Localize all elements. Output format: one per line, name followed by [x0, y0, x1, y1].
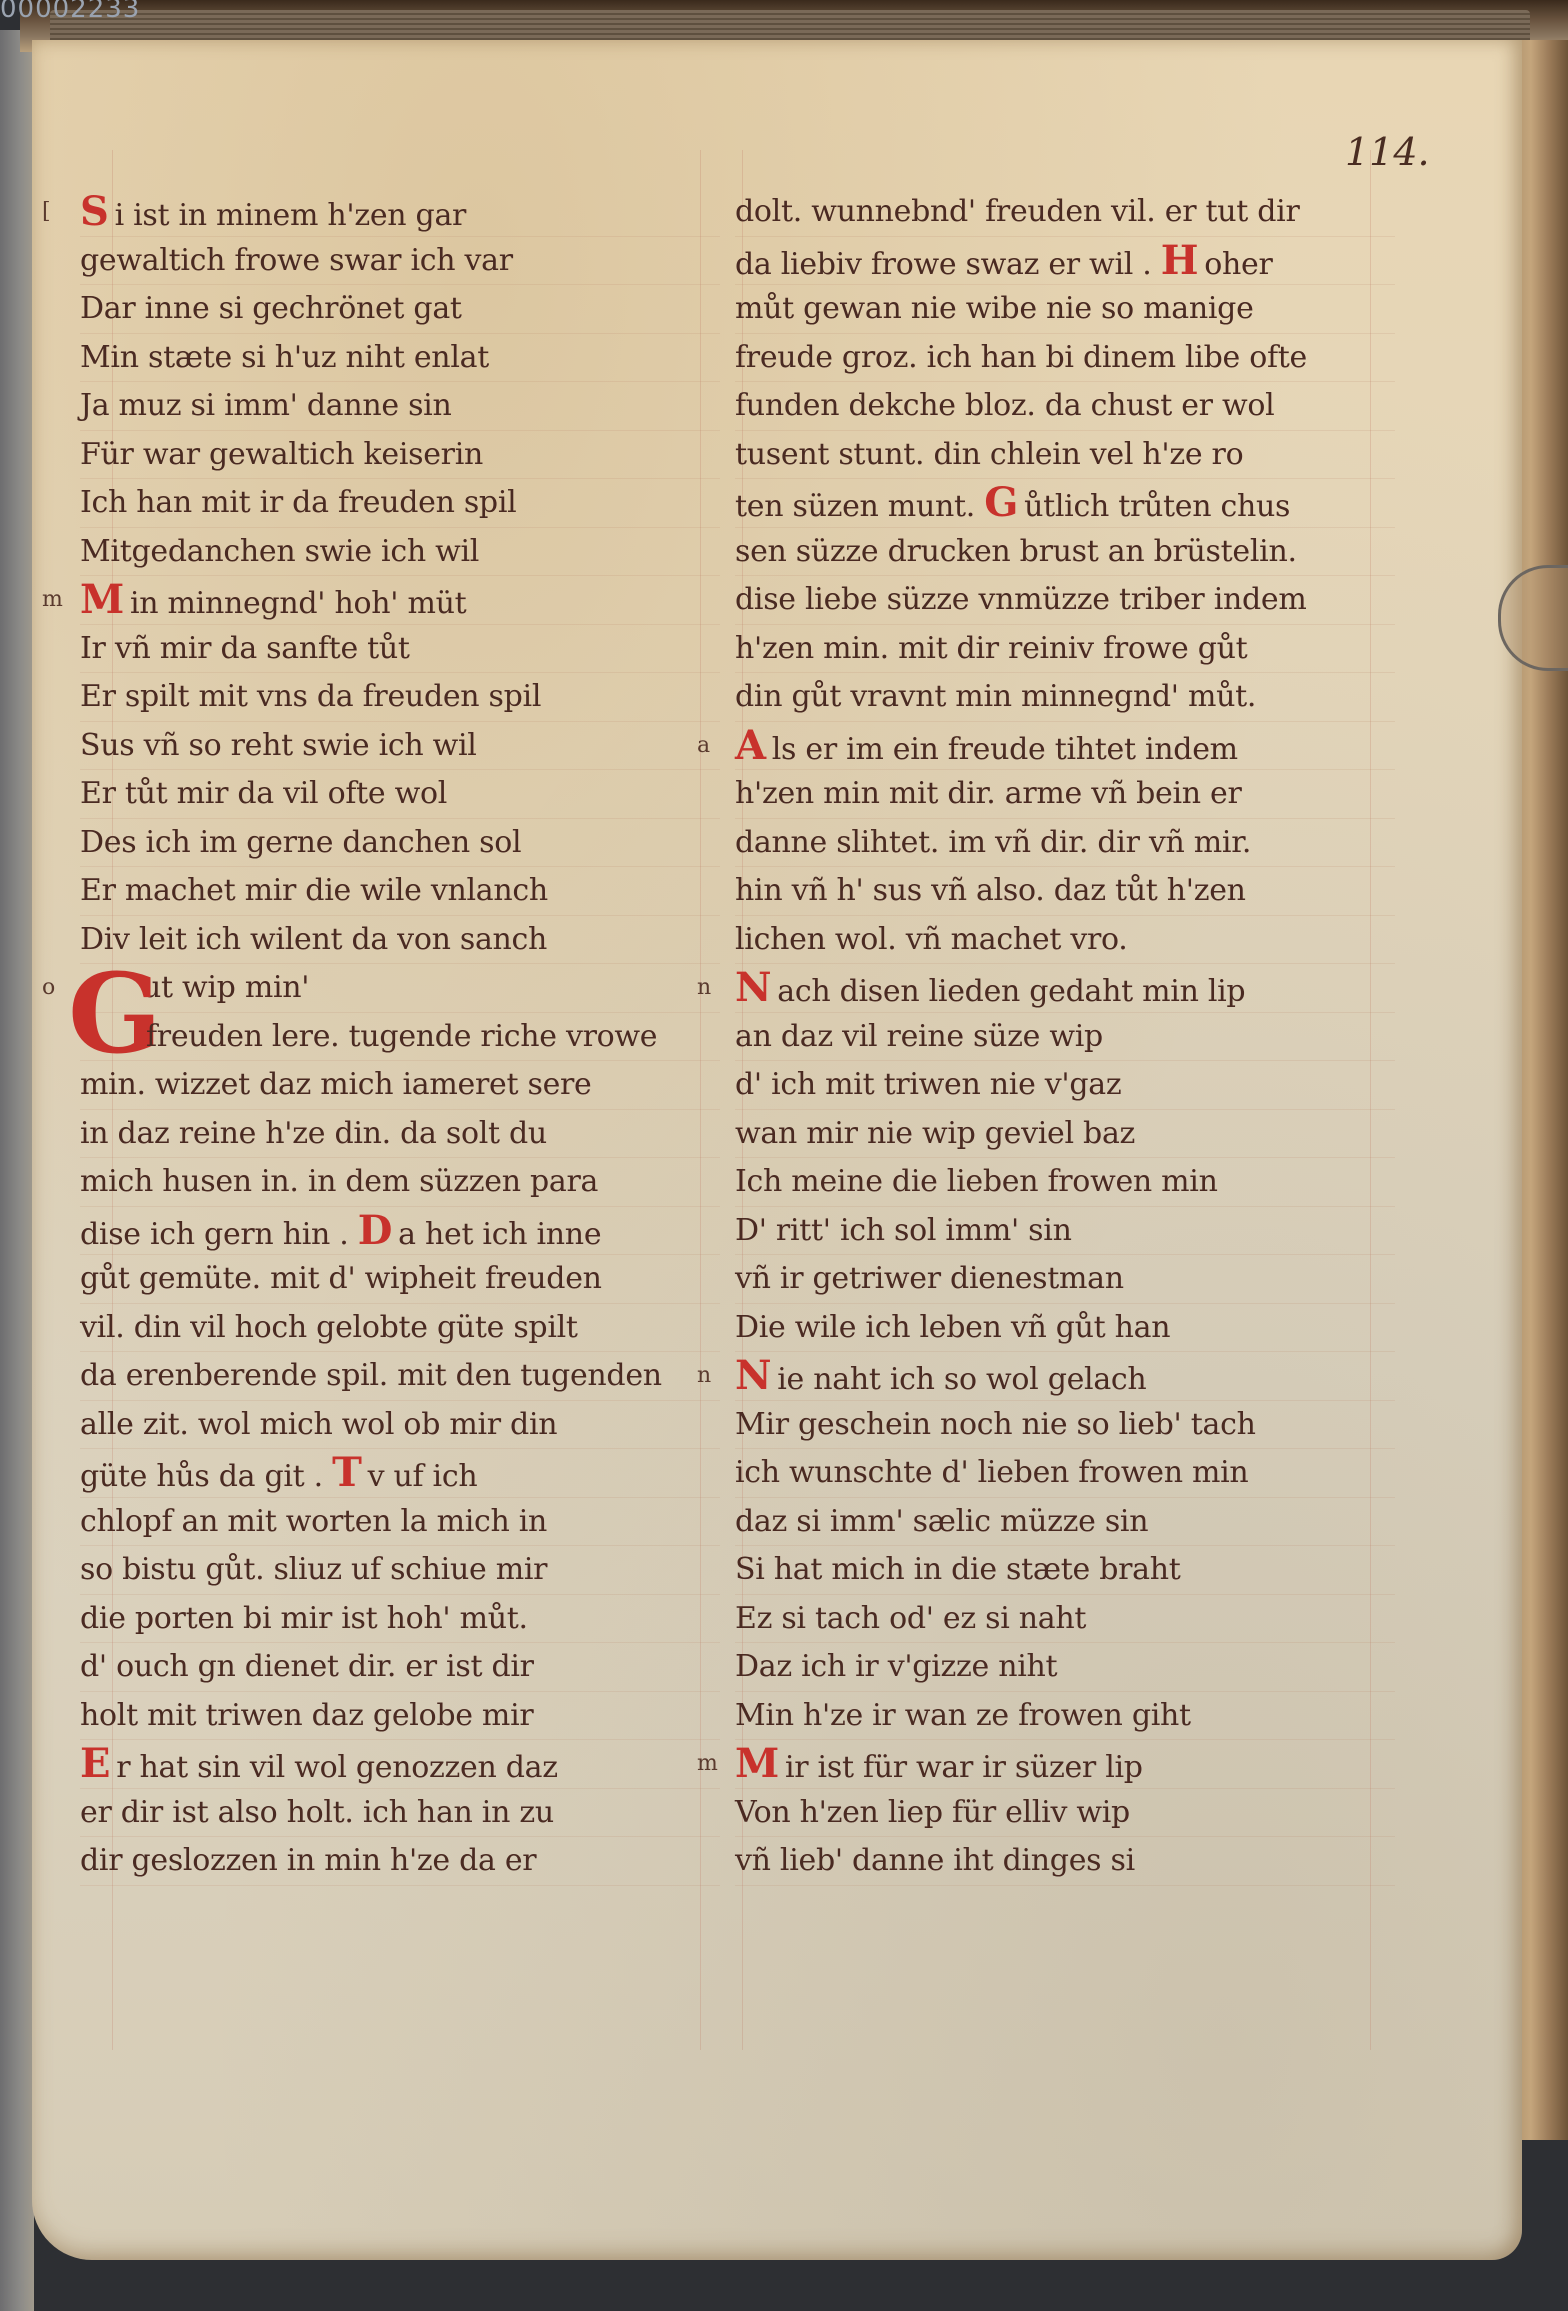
line-text: an daz vil reine süze wip	[735, 1019, 1103, 1054]
manuscript-line: oGut wip min'	[80, 964, 720, 1013]
rubricated-initial: E	[80, 1740, 110, 1788]
line-text: sen süzze drucken brust an brüstelin.	[735, 534, 1297, 569]
manuscript-line: wan mir nie wip geviel baz	[735, 1110, 1395, 1159]
line-text: danne slihtet. im vñ dir. dir vñ mir.	[735, 825, 1251, 860]
rubricated-initial: D	[358, 1207, 392, 1255]
line-text: ten süzen munt.	[735, 489, 984, 524]
line-text: d' ouch gn dienet dir. er ist dir	[80, 1649, 534, 1684]
manuscript-line: holt mit triwen daz gelobe mir	[80, 1692, 720, 1741]
line-text: ut wip min'	[142, 970, 309, 1005]
line-text: er dir ist also holt. ich han in zu	[80, 1795, 554, 1830]
folio-number: 114.	[1345, 130, 1430, 174]
line-text: dise liebe süzze vnmüzze triber indem	[735, 582, 1307, 617]
manuscript-line: Mitgedanchen swie ich wil	[80, 528, 720, 577]
line-text: můt gewan nie wibe nie so manige	[735, 291, 1254, 326]
manuscript-line: nNie naht ich so wol gelach	[735, 1352, 1395, 1401]
manuscript-line: min. wizzet daz mich iameret sere	[80, 1061, 720, 1110]
manuscript-line: vñ ir getriwer dienestman	[735, 1255, 1395, 1304]
manuscript-line: nNach disen lieden gedaht min lip	[735, 964, 1395, 1013]
margin-guide-letter: m	[42, 576, 63, 624]
line-text: Min stæte si h'uz niht enlat	[80, 340, 489, 375]
manuscript-line: güte hůs da git . Tv uf ich	[80, 1449, 720, 1498]
line-text: v uf ich	[368, 1459, 478, 1494]
line-text: ir ist für war ir süzer lip	[785, 1750, 1143, 1785]
margin-guide-letter: n	[697, 1352, 711, 1400]
line-text: freuden lere. tugende riche vrowe	[146, 1019, 657, 1054]
manuscript-line: die porten bi mir ist hoh' můt.	[80, 1595, 720, 1644]
line-text: vñ ir getriwer dienestman	[735, 1261, 1124, 1296]
margin-guide-letter: n	[697, 964, 711, 1012]
manuscript-line: d' ouch gn dienet dir. er ist dir	[80, 1643, 720, 1692]
line-text: Mitgedanchen swie ich wil	[80, 534, 479, 569]
line-text: Min h'ze ir wan ze frowen giht	[735, 1698, 1191, 1733]
manuscript-line: h'zen min mit dir. arme vñ bein er	[735, 770, 1395, 819]
manuscript-line: d' ich mit triwen nie v'gaz	[735, 1061, 1395, 1110]
line-text: mich husen in. in dem süzzen para	[80, 1164, 598, 1199]
manuscript-line: dolt. wunnebnd' freuden vil. er tut dir	[735, 188, 1395, 237]
manuscript-line: daz si imm' sælic müzze sin	[735, 1498, 1395, 1547]
manuscript-line: din gůt vravnt min minnegnd' můt.	[735, 673, 1395, 722]
manuscript-line: Ir vñ mir da sanfte tůt	[80, 625, 720, 674]
manuscript-line: alle zit. wol mich wol ob mir din	[80, 1401, 720, 1450]
line-text: Mir geschein noch nie so lieb' tach	[735, 1407, 1256, 1442]
manuscript-line: dise ich gern hin . Da het ich inne	[80, 1207, 720, 1256]
left-text-column: [Si ist in minem h'zen gargewaltich frow…	[80, 188, 720, 1886]
right-text-column: dolt. wunnebnd' freuden vil. er tut dird…	[735, 188, 1395, 1886]
manuscript-line: lichen wol. vñ machet vro.	[735, 916, 1395, 965]
line-text: funden dekche bloz. da chust er wol	[735, 388, 1274, 423]
manuscript-line: Ich meine die lieben frowen min	[735, 1158, 1395, 1207]
line-text: in minnegnd' hoh' müt	[130, 586, 466, 621]
rubricated-initial: S	[80, 188, 109, 236]
line-text: gůt gemüte. mit d' wipheit freuden	[80, 1261, 602, 1296]
manuscript-line: freude groz. ich han bi dinem libe ofte	[735, 334, 1395, 383]
line-text: da erenberende spil. mit den tugenden	[80, 1358, 662, 1393]
manuscript-line: dir geslozzen in min h'ze da er	[80, 1837, 720, 1886]
line-text: so bistu gůt. sliuz uf schiue mir	[80, 1552, 547, 1587]
scan-id-label: 00002233	[0, 0, 140, 24]
manuscript-line: chlopf an mit worten la mich in	[80, 1498, 720, 1547]
manuscript-line: da liebiv frowe swaz er wil . Hoher	[735, 237, 1395, 286]
manuscript-line: Er machet mir die wile vnlanch	[80, 867, 720, 916]
manuscript-line: vil. din vil hoch gelobte güte spilt	[80, 1304, 720, 1353]
manuscript-line: hin vñ h' sus vñ also. daz tůt h'zen	[735, 867, 1395, 916]
line-text: da liebiv frowe swaz er wil .	[735, 247, 1161, 282]
line-text: hin vñ h' sus vñ also. daz tůt h'zen	[735, 873, 1246, 908]
line-text: holt mit triwen daz gelobe mir	[80, 1698, 533, 1733]
line-text: gewaltich frowe swar ich var	[80, 243, 513, 278]
manuscript-line: gůt gemüte. mit d' wipheit freuden	[80, 1255, 720, 1304]
line-text: ie naht ich so wol gelach	[777, 1362, 1146, 1397]
manuscript-line: danne slihtet. im vñ dir. dir vñ mir.	[735, 819, 1395, 868]
manuscript-line: da erenberende spil. mit den tugenden	[80, 1352, 720, 1401]
manuscript-line: [Si ist in minem h'zen gar	[80, 188, 720, 237]
line-text: din gůt vravnt min minnegnd' můt.	[735, 679, 1256, 714]
book-spine-edge	[0, 30, 34, 2311]
rubricated-initial: M	[80, 576, 124, 624]
manuscript-line: Min stæte si h'uz niht enlat	[80, 334, 720, 383]
line-text: Daz ich ir v'gizze niht	[735, 1649, 1057, 1684]
manuscript-line: dise liebe süzze vnmüzze triber indem	[735, 576, 1395, 625]
line-text: lichen wol. vñ machet vro.	[735, 922, 1128, 957]
line-text: Ja muz si imm' danne sin	[80, 388, 452, 423]
manuscript-line: ten süzen munt. Gůtlich trůten chus	[735, 479, 1395, 528]
manuscript-line: Für war gewaltich keiserin	[80, 431, 720, 480]
rubricated-initial: A	[735, 722, 766, 770]
line-text: tusent stunt. din chlein vel h'ze ro	[735, 437, 1243, 472]
line-text: die porten bi mir ist hoh' můt.	[80, 1601, 528, 1636]
rubricated-initial: G	[984, 479, 1018, 527]
manuscript-line: in daz reine h'ze din. da solt du	[80, 1110, 720, 1159]
manuscript-line: er dir ist also holt. ich han in zu	[80, 1789, 720, 1838]
line-text: daz si imm' sælic müzze sin	[735, 1504, 1148, 1539]
manuscript-line: an daz vil reine süze wip	[735, 1013, 1395, 1062]
manuscript-line: mich husen in. in dem süzzen para	[80, 1158, 720, 1207]
manuscript-line: ich wunschte d' lieben frowen min	[735, 1449, 1395, 1498]
manuscript-line: sen süzze drucken brust an brüstelin.	[735, 528, 1395, 577]
line-text: ich wunschte d' lieben frowen min	[735, 1455, 1248, 1490]
line-text: Ich han mit ir da freuden spil	[80, 485, 516, 520]
line-text: min. wizzet daz mich iameret sere	[80, 1067, 592, 1102]
manuscript-line: so bistu gůt. sliuz uf schiue mir	[80, 1546, 720, 1595]
line-text: Er spilt mit vns da freuden spil	[80, 679, 541, 714]
manuscript-line: Ja muz si imm' danne sin	[80, 382, 720, 431]
manuscript-line: Daz ich ir v'gizze niht	[735, 1643, 1395, 1692]
line-text: wan mir nie wip geviel baz	[735, 1116, 1135, 1151]
line-text: Ez si tach od' ez si naht	[735, 1601, 1086, 1636]
manuscript-line: Des ich im gerne danchen sol	[80, 819, 720, 868]
manuscript-line: mMir ist für war ir süzer lip	[735, 1740, 1395, 1789]
manuscript-line: Ich han mit ir da freuden spil	[80, 479, 720, 528]
line-text: vil. din vil hoch gelobte güte spilt	[80, 1310, 578, 1345]
manuscript-line: vñ lieb' danne iht dinges si	[735, 1837, 1395, 1886]
line-text: freude groz. ich han bi dinem libe ofte	[735, 340, 1307, 375]
line-text: Die wile ich leben vñ gůt han	[735, 1310, 1170, 1345]
line-text: vñ lieb' danne iht dinges si	[735, 1843, 1135, 1878]
manuscript-line: gewaltich frowe swar ich var	[80, 237, 720, 286]
line-text: Ir vñ mir da sanfte tůt	[80, 631, 410, 666]
manuscript-line: Er hat sin vil wol genozzen daz	[80, 1740, 720, 1789]
line-text: h'zen min mit dir. arme vñ bein er	[735, 776, 1242, 811]
line-text: Er tůt mir da vil ofte wol	[80, 776, 447, 811]
manuscript-line: Min h'ze ir wan ze frowen giht	[735, 1692, 1395, 1741]
line-text: d' ich mit triwen nie v'gaz	[735, 1067, 1121, 1102]
manuscript-line: Er tůt mir da vil ofte wol	[80, 770, 720, 819]
manuscript-line: mMin minnegnd' hoh' müt	[80, 576, 720, 625]
line-text: Sus vñ so reht swie ich wil	[80, 728, 477, 763]
manuscript-line: Er spilt mit vns da freuden spil	[80, 673, 720, 722]
manuscript-line: Von h'zen liep für elliv wip	[735, 1789, 1395, 1838]
manuscript-line: Mir geschein noch nie so lieb' tach	[735, 1401, 1395, 1450]
line-text: Er machet mir die wile vnlanch	[80, 873, 548, 908]
rubricated-initial: N	[735, 1352, 771, 1400]
line-text: oher	[1204, 247, 1272, 282]
line-text: i ist in minem h'zen gar	[115, 198, 466, 233]
line-text: in daz reine h'ze din. da solt du	[80, 1116, 547, 1151]
line-text: h'zen min. mit dir reiniv frowe gůt	[735, 631, 1247, 666]
line-text: dolt. wunnebnd' freuden vil. er tut dir	[735, 194, 1299, 229]
margin-guide-letter: o	[42, 964, 55, 1012]
line-text: Dar inne si gechrönet gat	[80, 291, 462, 326]
manuscript-line: freuden lere. tugende riche vrowe	[80, 1013, 720, 1062]
rubricated-initial: H	[1161, 237, 1199, 285]
manuscript-line: můt gewan nie wibe nie so manige	[735, 285, 1395, 334]
line-text: Des ich im gerne danchen sol	[80, 825, 521, 860]
line-text: Ich meine die lieben frowen min	[735, 1164, 1218, 1199]
line-text: güte hůs da git .	[80, 1459, 332, 1494]
line-text: D' ritt' ich sol imm' sin	[735, 1213, 1072, 1248]
line-text: alle zit. wol mich wol ob mir din	[80, 1407, 557, 1442]
manuscript-line: aAls er im ein freude tihtet indem	[735, 722, 1395, 771]
line-text: chlopf an mit worten la mich in	[80, 1504, 547, 1539]
line-text: dise ich gern hin .	[80, 1217, 358, 1252]
line-text: a het ich inne	[398, 1217, 601, 1252]
margin-guide-letter: a	[697, 722, 710, 770]
line-text: Für war gewaltich keiserin	[80, 437, 483, 472]
manuscript-line: Die wile ich leben vñ gůt han	[735, 1304, 1395, 1353]
line-text: r hat sin vil wol genozzen daz	[116, 1750, 558, 1785]
line-text: dir geslozzen in min h'ze da er	[80, 1843, 536, 1878]
manuscript-line: tusent stunt. din chlein vel h'ze ro	[735, 431, 1395, 480]
line-text: Si hat mich in die stæte braht	[735, 1552, 1181, 1587]
manuscript-line: Div leit ich wilent da von sanch	[80, 916, 720, 965]
manuscript-line: D' ritt' ich sol imm' sin	[735, 1207, 1395, 1256]
manuscript-line: Ez si tach od' ez si naht	[735, 1595, 1395, 1644]
manuscript-line: Dar inne si gechrönet gat	[80, 285, 720, 334]
line-text: Von h'zen liep für elliv wip	[735, 1795, 1130, 1830]
line-text: ůtlich trůten chus	[1024, 489, 1290, 524]
manuscript-line: Sus vñ so reht swie ich wil	[80, 722, 720, 771]
line-text: ach disen lieden gedaht min lip	[777, 974, 1245, 1009]
line-text: ls er im ein freude tihtet indem	[772, 732, 1238, 767]
manuscript-line: Si hat mich in die stæte braht	[735, 1546, 1395, 1595]
manuscript-line: funden dekche bloz. da chust er wol	[735, 382, 1395, 431]
manuscript-line: h'zen min. mit dir reiniv frowe gůt	[735, 625, 1395, 674]
rubricated-initial: M	[735, 1740, 779, 1788]
rubricated-initial: T	[332, 1449, 361, 1497]
rubricated-initial: N	[735, 964, 771, 1012]
margin-guide-letter: m	[697, 1740, 718, 1788]
margin-guide-letter: [	[42, 188, 50, 236]
